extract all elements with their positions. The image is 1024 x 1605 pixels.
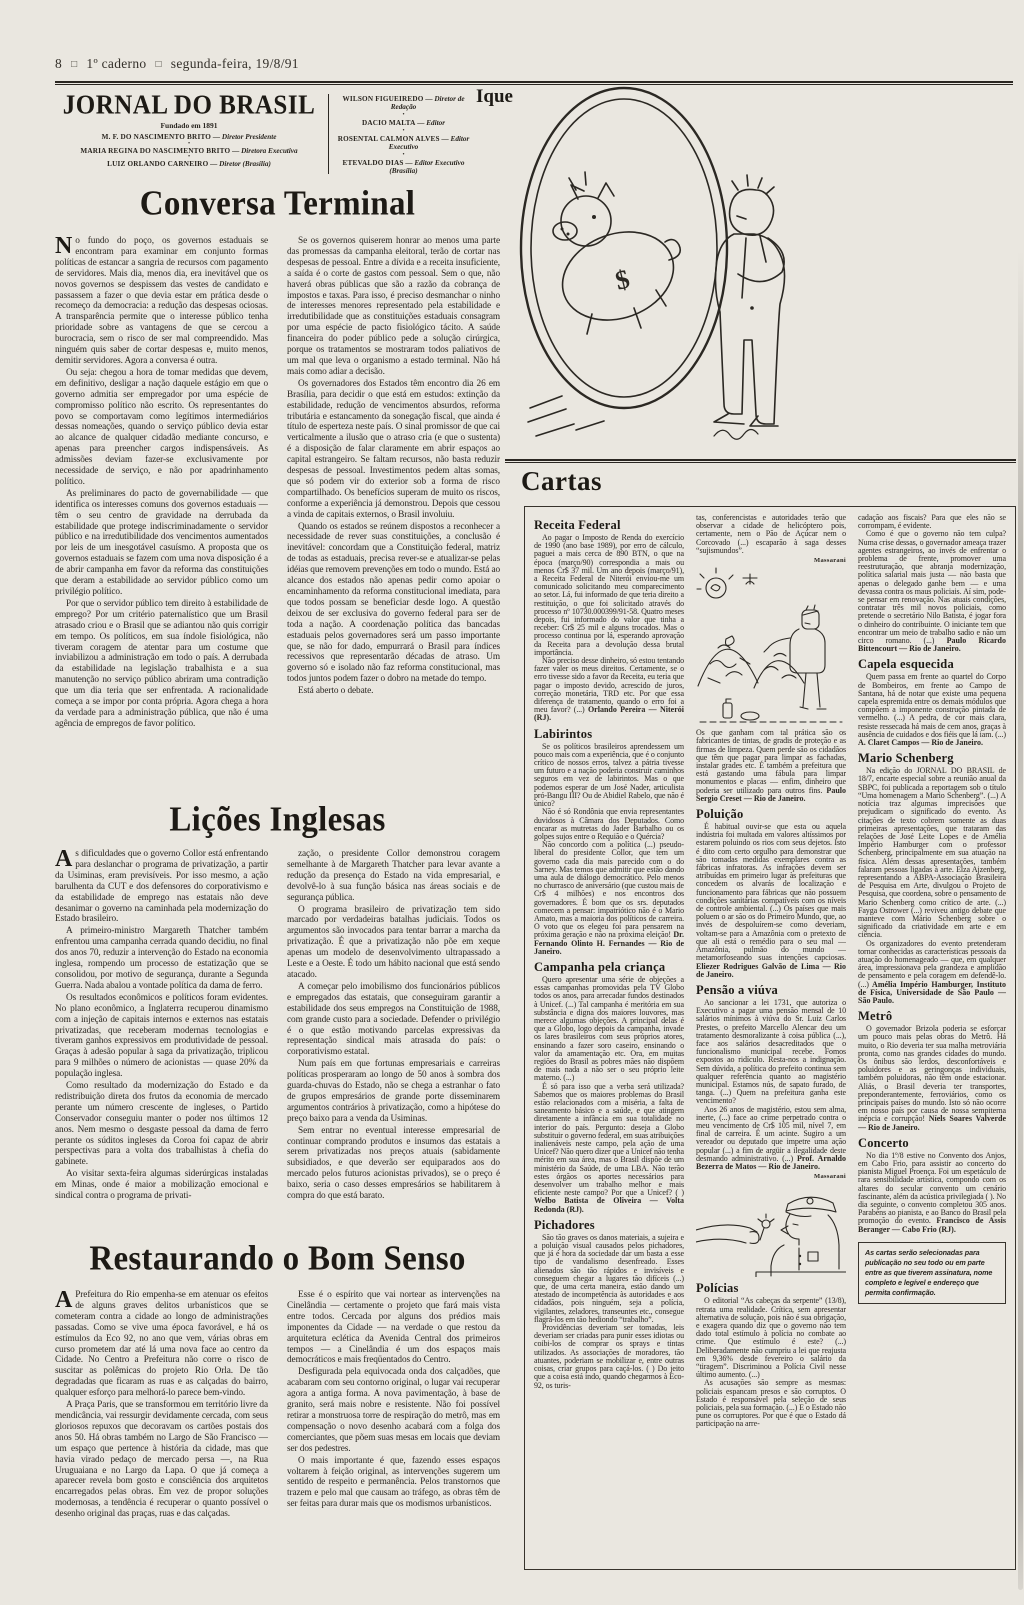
page-header: 8□1º caderno□segunda-feira, 19/8/91 (55, 56, 299, 72)
editorial-paragraph: No fundo do poço, os governos estaduais … (55, 236, 268, 367)
editorial-paragraph: As dificuldades que o governo Collor est… (55, 849, 268, 925)
letter-paragraph: Ao pagar o Imposto de Renda do exercício… (534, 534, 684, 657)
editorial-paragraph: Ou seja: chegou a hora de tomar medidas … (55, 368, 268, 488)
section-name: 1º caderno (86, 56, 146, 71)
editorial-paragraph: APrefeitura do Rio empenha-se em atenuar… (55, 1290, 268, 1399)
letter-heading: Pichadores (534, 1219, 684, 1232)
letter-signature: Orlando Pereira — Niterói (RJ). (534, 705, 684, 722)
editorial-column: zação, o presidente Collor demonstrou co… (287, 849, 500, 1237)
letter-paragraph: Providências deveriam ser tomadas, leis … (534, 1324, 684, 1390)
editorial-paragraph: Ao visitar sexta-feira algumas siderúrgi… (55, 1169, 268, 1202)
editorial-paragraph: Quando os estados se reúnem dispostos a … (287, 522, 500, 686)
letter-paragraph: Ao sancionar a lei 1731, que autoriza o … (696, 999, 846, 1106)
letter-paragraph: É habitual ouvir-se que esta ou aquela i… (696, 823, 846, 979)
letter-signature: A. Claret Campos — Rio de Janeiro. (858, 738, 983, 747)
staff-bullet-icon: • (337, 112, 470, 118)
editorial-paragraph: As preliminares do pacto de governabilid… (55, 489, 268, 598)
editorial-paragraph: Desfigurada pela equivocada onda dos cal… (287, 1367, 500, 1454)
staff-entry: WILSON FIGUEIREDO — Diretor de Redação (337, 95, 470, 111)
founded-line: Fundado em 1891 (55, 121, 323, 130)
ique-editorial-cartoon: $ (506, 78, 806, 456)
letters-column-3: cadação aos fiscais? Para que eles não s… (858, 514, 1006, 1562)
editorial-column: Se os governos quiserem honrar ao menos … (287, 236, 500, 798)
letter-heading: Mario Schenberg (858, 752, 1006, 765)
staff-list-right: WILSON FIGUEIREDO — Diretor de Redação•D… (337, 94, 470, 175)
editorial-paragraph: A primeiro-ministro Margareth Thatcher t… (55, 926, 268, 991)
letter-paragraph: Os organizadores do evento pretenderam t… (858, 940, 1006, 1006)
letter-heading: Concerto (858, 1137, 1006, 1150)
letter-paragraph: Não preciso desse dinheiro, só estou ten… (534, 657, 684, 723)
staff-list-left: M. F. DO NASCIMENTO BRITO — Diretor Pres… (55, 133, 323, 169)
letter-paragraph: tas, conferencistas e autoridades terão … (696, 514, 846, 555)
cartas-rule (505, 459, 1016, 463)
editorial-paragraph: zação, o presidente Collor demonstrou co… (287, 849, 500, 904)
staff-bullet-icon: • (337, 152, 470, 158)
page-number: 8 (55, 56, 62, 71)
staff-entry: ROSENTAL CALMON ALVES — Editor Executivo (337, 135, 470, 151)
letter-signature: Francisco de Assis Beranger — Cabo Frio … (858, 1216, 1006, 1233)
editorial-column: As dificuldades que o governo Collor est… (55, 849, 268, 1237)
separator-box-icon: □ (155, 59, 161, 70)
letter-signature: Níels Soares Valverde — Rio de Janeiro. (858, 1114, 1006, 1131)
letter-paragraph: São tão graves os danos materiais, a suj… (534, 1234, 684, 1324)
letter-heading: Receita Federal (534, 519, 684, 532)
drop-cap: A (55, 849, 75, 869)
editorial-paragraph: Num país em que fortunas empresariais e … (287, 1059, 500, 1124)
letter-paragraph: Não concordo com a política (...) pseudo… (534, 841, 684, 956)
editorial-column: Esse é o espírito que vai nortear as int… (287, 1290, 500, 1570)
letter-paragraph: É só para isso que a verba será utilizad… (534, 1083, 684, 1214)
editorial-column: APrefeitura do Rio empenha-se em atenuar… (55, 1290, 268, 1570)
letter-paragraph: cadação aos fiscais? Para que eles não s… (858, 514, 1006, 530)
police-cartoon-wrap: Massarani (696, 1173, 846, 1277)
letter-paragraph: O governador Brizola poderia se esforçar… (858, 1025, 1006, 1132)
masthead-left: JORNAL DO BRASIL Fundado em 1891 M. F. D… (55, 92, 323, 169)
staff-bullet-icon: • (337, 128, 470, 134)
drop-cap: N (55, 236, 75, 256)
letter-paragraph: Como é que o governo não tem culpa? Numa… (858, 530, 1006, 653)
letter-paragraph: No dia 1º/8 estive no Convento dos Anjos… (858, 1152, 1006, 1234)
staff-entry: DACIO MALTA — Editor (337, 119, 470, 127)
editorial-paragraph: Esse é o espírito que vai nortear as int… (287, 1290, 500, 1366)
letter-paragraph: Aos 26 anos de magistério, estou sem alm… (696, 1106, 846, 1172)
separator-box-icon: □ (71, 59, 77, 70)
cartas-section-title: Cartas (521, 466, 602, 497)
editorial-paragraph: O programa brasileiro de privatização te… (287, 905, 500, 981)
editorial-paragraph: A começar pelo imobilismo dos funcionári… (287, 982, 500, 1058)
graffiti-cartoon-wrap: Massarani (696, 557, 846, 726)
letters-column-2: tas, conferencistas e autoridades terão … (696, 514, 846, 1562)
cartoon-credit: Massarani (696, 557, 846, 565)
letter-heading: Capela esquecida (858, 658, 1006, 671)
editorial-paragraph: O mais importante é que, fazendo esses e… (287, 1456, 500, 1511)
letter-paragraph: As acusações são sempre as mesmas: polic… (696, 1379, 846, 1428)
letters-column-1: Receita FederalAo pagar o Imposto de Ren… (534, 514, 684, 1562)
letter-heading: Polícias (696, 1282, 846, 1295)
svg-text:$: $ (612, 263, 632, 295)
editorial-paragraph: A Praça Paris, que se transformou em ter… (55, 1400, 268, 1520)
article-title-licoes-inglesas: Lições Inglesas (55, 801, 500, 840)
staff-entry: ETEVALDO DIAS — Editor Executivo (Brasíl… (337, 159, 470, 175)
letter-paragraph: Quero apresentar uma série de objeções a… (534, 976, 684, 1083)
policeman-cartoon (696, 1182, 846, 1277)
masthead: JORNAL DO BRASIL Fundado em 1891 M. F. D… (55, 92, 470, 176)
letter-paragraph: Não é só Rondônia que envia representant… (534, 808, 684, 841)
cartoon-credit: Massarani (696, 1173, 846, 1181)
editorial-paragraph: Sem entrar no eventual interesse empresa… (287, 1126, 500, 1202)
drop-cap: A (55, 1290, 75, 1310)
article-title-conversa-terminal: Conversa Terminal (55, 185, 500, 224)
letter-paragraph: Quem passa em frente ao quartel do Corpo… (858, 673, 1006, 747)
letter-signature: Dr. Fernando Olinto H. Fernandes — Rio d… (534, 930, 684, 955)
editorial-paragraph: Por que o servidor público tem direito à… (55, 599, 268, 730)
letter-signature: Welbo Batista de Oliveira — Volta Redond… (534, 1196, 684, 1213)
masthead-divider (328, 94, 329, 174)
scan-edge-artifact (1018, 250, 1023, 1590)
newspaper-title: JORNAL DO BRASIL (55, 91, 323, 121)
article-title-restaurando-o-bom-senso: Restaurando o Bom Senso (55, 1240, 500, 1279)
letter-signature: Amélia Império Hamburger, Instituto de F… (858, 980, 1006, 1005)
letter-paragraph: Os que ganham com tal prática são os fab… (696, 729, 846, 803)
graffiti-cartoon (696, 566, 846, 726)
letter-signature: Prof. Arnaldo Bezerra de Matos — Rio de … (696, 1154, 846, 1171)
letter-heading: Poluição (696, 808, 846, 821)
editorial-column: No fundo do poço, os governos estaduais … (55, 236, 268, 798)
letters-policy-note: As cartas serão selecionadas para public… (858, 1242, 1006, 1304)
letter-heading: Metrô (858, 1010, 1006, 1023)
edition-date: segunda-feira, 19/8/91 (171, 56, 299, 71)
newspaper-page: 8□1º caderno□segunda-feira, 19/8/91 JORN… (0, 0, 1024, 1605)
letter-paragraph: Se os políticos brasileiros aprendessem … (534, 743, 684, 809)
letter-paragraph: Na edição do JORNAL DO BRASIL de 18/7, e… (858, 767, 1006, 939)
staff-entry: LUIZ ORLANDO CARNEIRO — Diretor (Brasíli… (55, 160, 323, 169)
letter-signature: Paulo Ricardo Bittencourt — Rio de Janei… (858, 636, 1006, 653)
letter-signature: Eliezer Rodrigues Galvão de Lima — Rio d… (696, 962, 846, 979)
letter-heading: Campanha pela criança (534, 961, 684, 974)
letter-paragraph: O editorial “As cabeças da serpente” (13… (696, 1297, 846, 1379)
editorial-paragraph: Se os governos quiserem honrar ao menos … (287, 236, 500, 378)
editorial-paragraph: Os resultados econômicos e políticos for… (55, 993, 268, 1080)
letter-heading: Pensão a viúva (696, 984, 846, 997)
editorial-paragraph: Os governadores dos Estados têm encontro… (287, 379, 500, 521)
editorial-paragraph: Está aberto o debate. (287, 686, 500, 697)
letter-signature: Paulo Sergio Creset — Rio de Janeiro. (696, 786, 846, 803)
letter-heading: Labirintos (534, 728, 684, 741)
editorial-paragraph: Como resultado da modernização do Estado… (55, 1081, 268, 1168)
